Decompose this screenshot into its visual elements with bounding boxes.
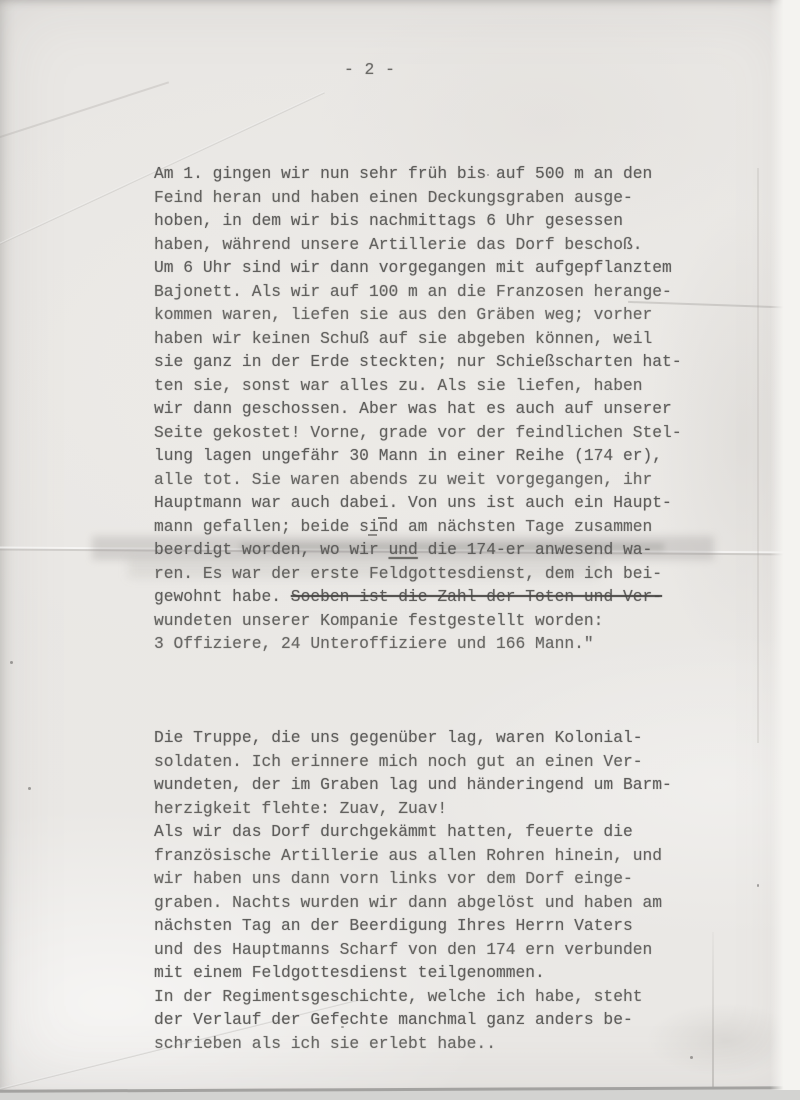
- text-line: sie ganz in der Erde steckten; nur Schie…: [154, 350, 682, 374]
- text-line: ren. Es war der erste Feldgottesdienst, …: [154, 562, 682, 586]
- text-line: wundeten unserer Kompanie festgestellt w…: [154, 609, 682, 633]
- page-number: - 2 -: [344, 58, 395, 82]
- struck-text: Soeben ist die Zahl der Toten und Ver-: [291, 587, 662, 606]
- text-line: wir dann geschossen. Aber was hat es auc…: [154, 397, 682, 421]
- paper-sheet: - 2 - Am 1. gingen wir nun sehr früh bis…: [0, 0, 800, 1090]
- paper-speck: [28, 787, 31, 790]
- paper-speck: [690, 1056, 693, 1059]
- text-line: kommen waren, liefen sie aus den Gräben …: [154, 303, 682, 327]
- text-line: nächsten Tag an der Beerdigung Ihres Her…: [154, 914, 682, 938]
- text-line: 3 Offiziere, 24 Unteroffiziere und 166 M…: [154, 632, 682, 656]
- text-line: soldaten. Ich erinnere mich noch gut an …: [154, 750, 682, 774]
- scanned-document: - 2 - Am 1. gingen wir nun sehr früh bis…: [0, 0, 800, 1100]
- text-line: haben, während unsere Artillerie das Dor…: [154, 233, 682, 257]
- text-line: Am 1. gingen wir nun sehr früh bis auf 5…: [154, 162, 682, 186]
- text-line: Um 6 Uhr sind wir dann vorgegangen mit a…: [154, 256, 682, 280]
- paper-speck: [757, 884, 759, 887]
- text-line: französische Artillerie aus allen Rohren…: [154, 844, 682, 868]
- text-line: mit einem Feldgottesdienst teilgenommen.: [154, 961, 682, 985]
- paper-crease: [0, 81, 169, 141]
- overtype-mark: [368, 534, 377, 536]
- scan-right-margin: [770, 0, 800, 1090]
- text-line: schrieben als ich sie erlebt habe..: [154, 1032, 682, 1056]
- text-line: mann gefallen; beide sind am nächsten Ta…: [154, 515, 682, 539]
- text-line: herzigkeit flehte: Zuav, Zuav!: [154, 797, 682, 821]
- paper-crease: [712, 932, 714, 1088]
- text-line: In der Regimentsgeschichte, welche ich h…: [154, 985, 682, 1009]
- text-line: graben. Nachts wurden wir dann abgelöst …: [154, 891, 682, 915]
- text-line: der Verlauf der Gefechte manchmal ganz a…: [154, 1008, 682, 1032]
- text-line: Hauptmann war auch dabei. Von uns ist au…: [154, 491, 682, 515]
- overtype-mark: [378, 517, 387, 519]
- text-line: Feind heran und haben einen Deckungsgrab…: [154, 186, 682, 210]
- text-line: ten sie, sonst war alles zu. Als sie lie…: [154, 374, 682, 398]
- paragraph: Am 1. gingen wir nun sehr früh bis auf 5…: [154, 162, 682, 656]
- text-line: haben wir keinen Schuß auf sie abgeben k…: [154, 327, 682, 351]
- paragraph: Die Truppe, die uns gegenüber lag, waren…: [154, 726, 682, 1055]
- text-line: Bajonett. Als wir auf 100 m an die Franz…: [154, 280, 682, 304]
- text-line: alle tot. Sie waren abends zu weit vorge…: [154, 468, 682, 492]
- text-line: lung lagen ungefähr 30 Mann in einer Rei…: [154, 444, 682, 468]
- text-line: Seite gekostet! Vorne, grade vor der fei…: [154, 421, 682, 445]
- paper-speck: [10, 661, 13, 664]
- text-line: wir haben uns dann vorn links vor dem Do…: [154, 867, 682, 891]
- text-line: gewohnt habe. Soeben ist die Zahl der To…: [154, 585, 682, 609]
- text-line: hoben, in dem wir bis nachmittags 6 Uhr …: [154, 209, 682, 233]
- underlined-text: und: [389, 540, 418, 559]
- text-line: Als wir das Dorf durchgekämmt hatten, fe…: [154, 820, 682, 844]
- text-line: wundeten, der im Graben lag und händerin…: [154, 773, 682, 797]
- text-line: und des Hauptmanns Scharf von den 174 er…: [154, 938, 682, 962]
- typewritten-text: Am 1. gingen wir nun sehr früh bis auf 5…: [154, 115, 682, 1100]
- paper-crease: [757, 168, 759, 743]
- text-line: Die Truppe, die uns gegenüber lag, waren…: [154, 726, 682, 750]
- text-line: beerdigt worden, wo wir und die 174-er a…: [154, 538, 682, 562]
